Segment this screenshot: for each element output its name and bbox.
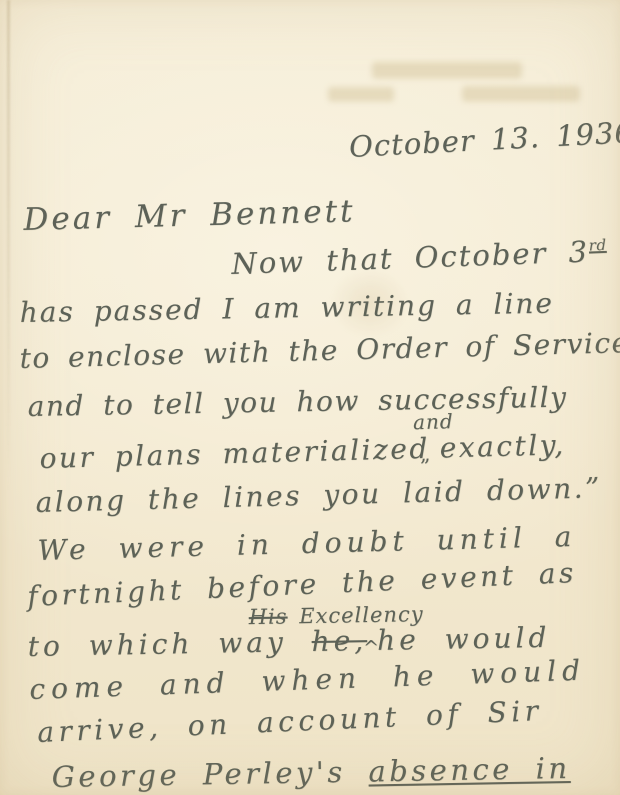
letter-line: and to tell you how successfully: [27, 381, 567, 423]
embossed-letterhead-mark: [462, 86, 580, 102]
struck-word: His: [249, 604, 288, 629]
line-text: exactly,: [439, 428, 566, 464]
caret-mark: ^: [363, 637, 383, 659]
inserted-correction: and„: [429, 430, 440, 458]
struck-word: he,: [311, 624, 367, 658]
inserted-word: and: [413, 409, 454, 434]
letter-line: has passed I am writing a line: [19, 287, 554, 329]
embossed-letterhead-mark: [372, 62, 522, 79]
line-text: Now that October 3: [231, 235, 590, 281]
inserted-words: His Excellency: [249, 602, 424, 629]
caret-mark: „: [420, 442, 433, 466]
letter-line: Now that October 3rd: [231, 234, 608, 281]
date-line: October 13. 1936: [348, 115, 620, 164]
letter-line: to enclose with the Order of Service: [19, 326, 620, 375]
inserted-word: Excellency: [299, 602, 424, 628]
letter-page: October 13. 1936 Dear Mr Bennett Now tha…: [0, 0, 620, 795]
letter-line: along the lines you laid down.”: [35, 471, 602, 519]
line-text: George Perley's: [51, 754, 368, 794]
salutation: Dear Mr Bennett: [23, 193, 356, 238]
underlined-words: absence in: [368, 751, 571, 789]
letter-line: our plans materializedand„exactly,: [39, 426, 566, 475]
embossed-letterhead-mark: [328, 87, 394, 102]
ordinal-superscript: rd: [588, 236, 606, 255]
paper-edge-shadow: [7, 0, 10, 493]
line-text: our plans materialized: [39, 432, 430, 475]
letter-line: George Perley's absence in: [51, 751, 570, 794]
line-text: to which way: [27, 625, 312, 663]
inserted-correction: His Excellency^: [367, 622, 377, 650]
letter-line: to which way he,His Excellency^he would: [27, 619, 550, 663]
